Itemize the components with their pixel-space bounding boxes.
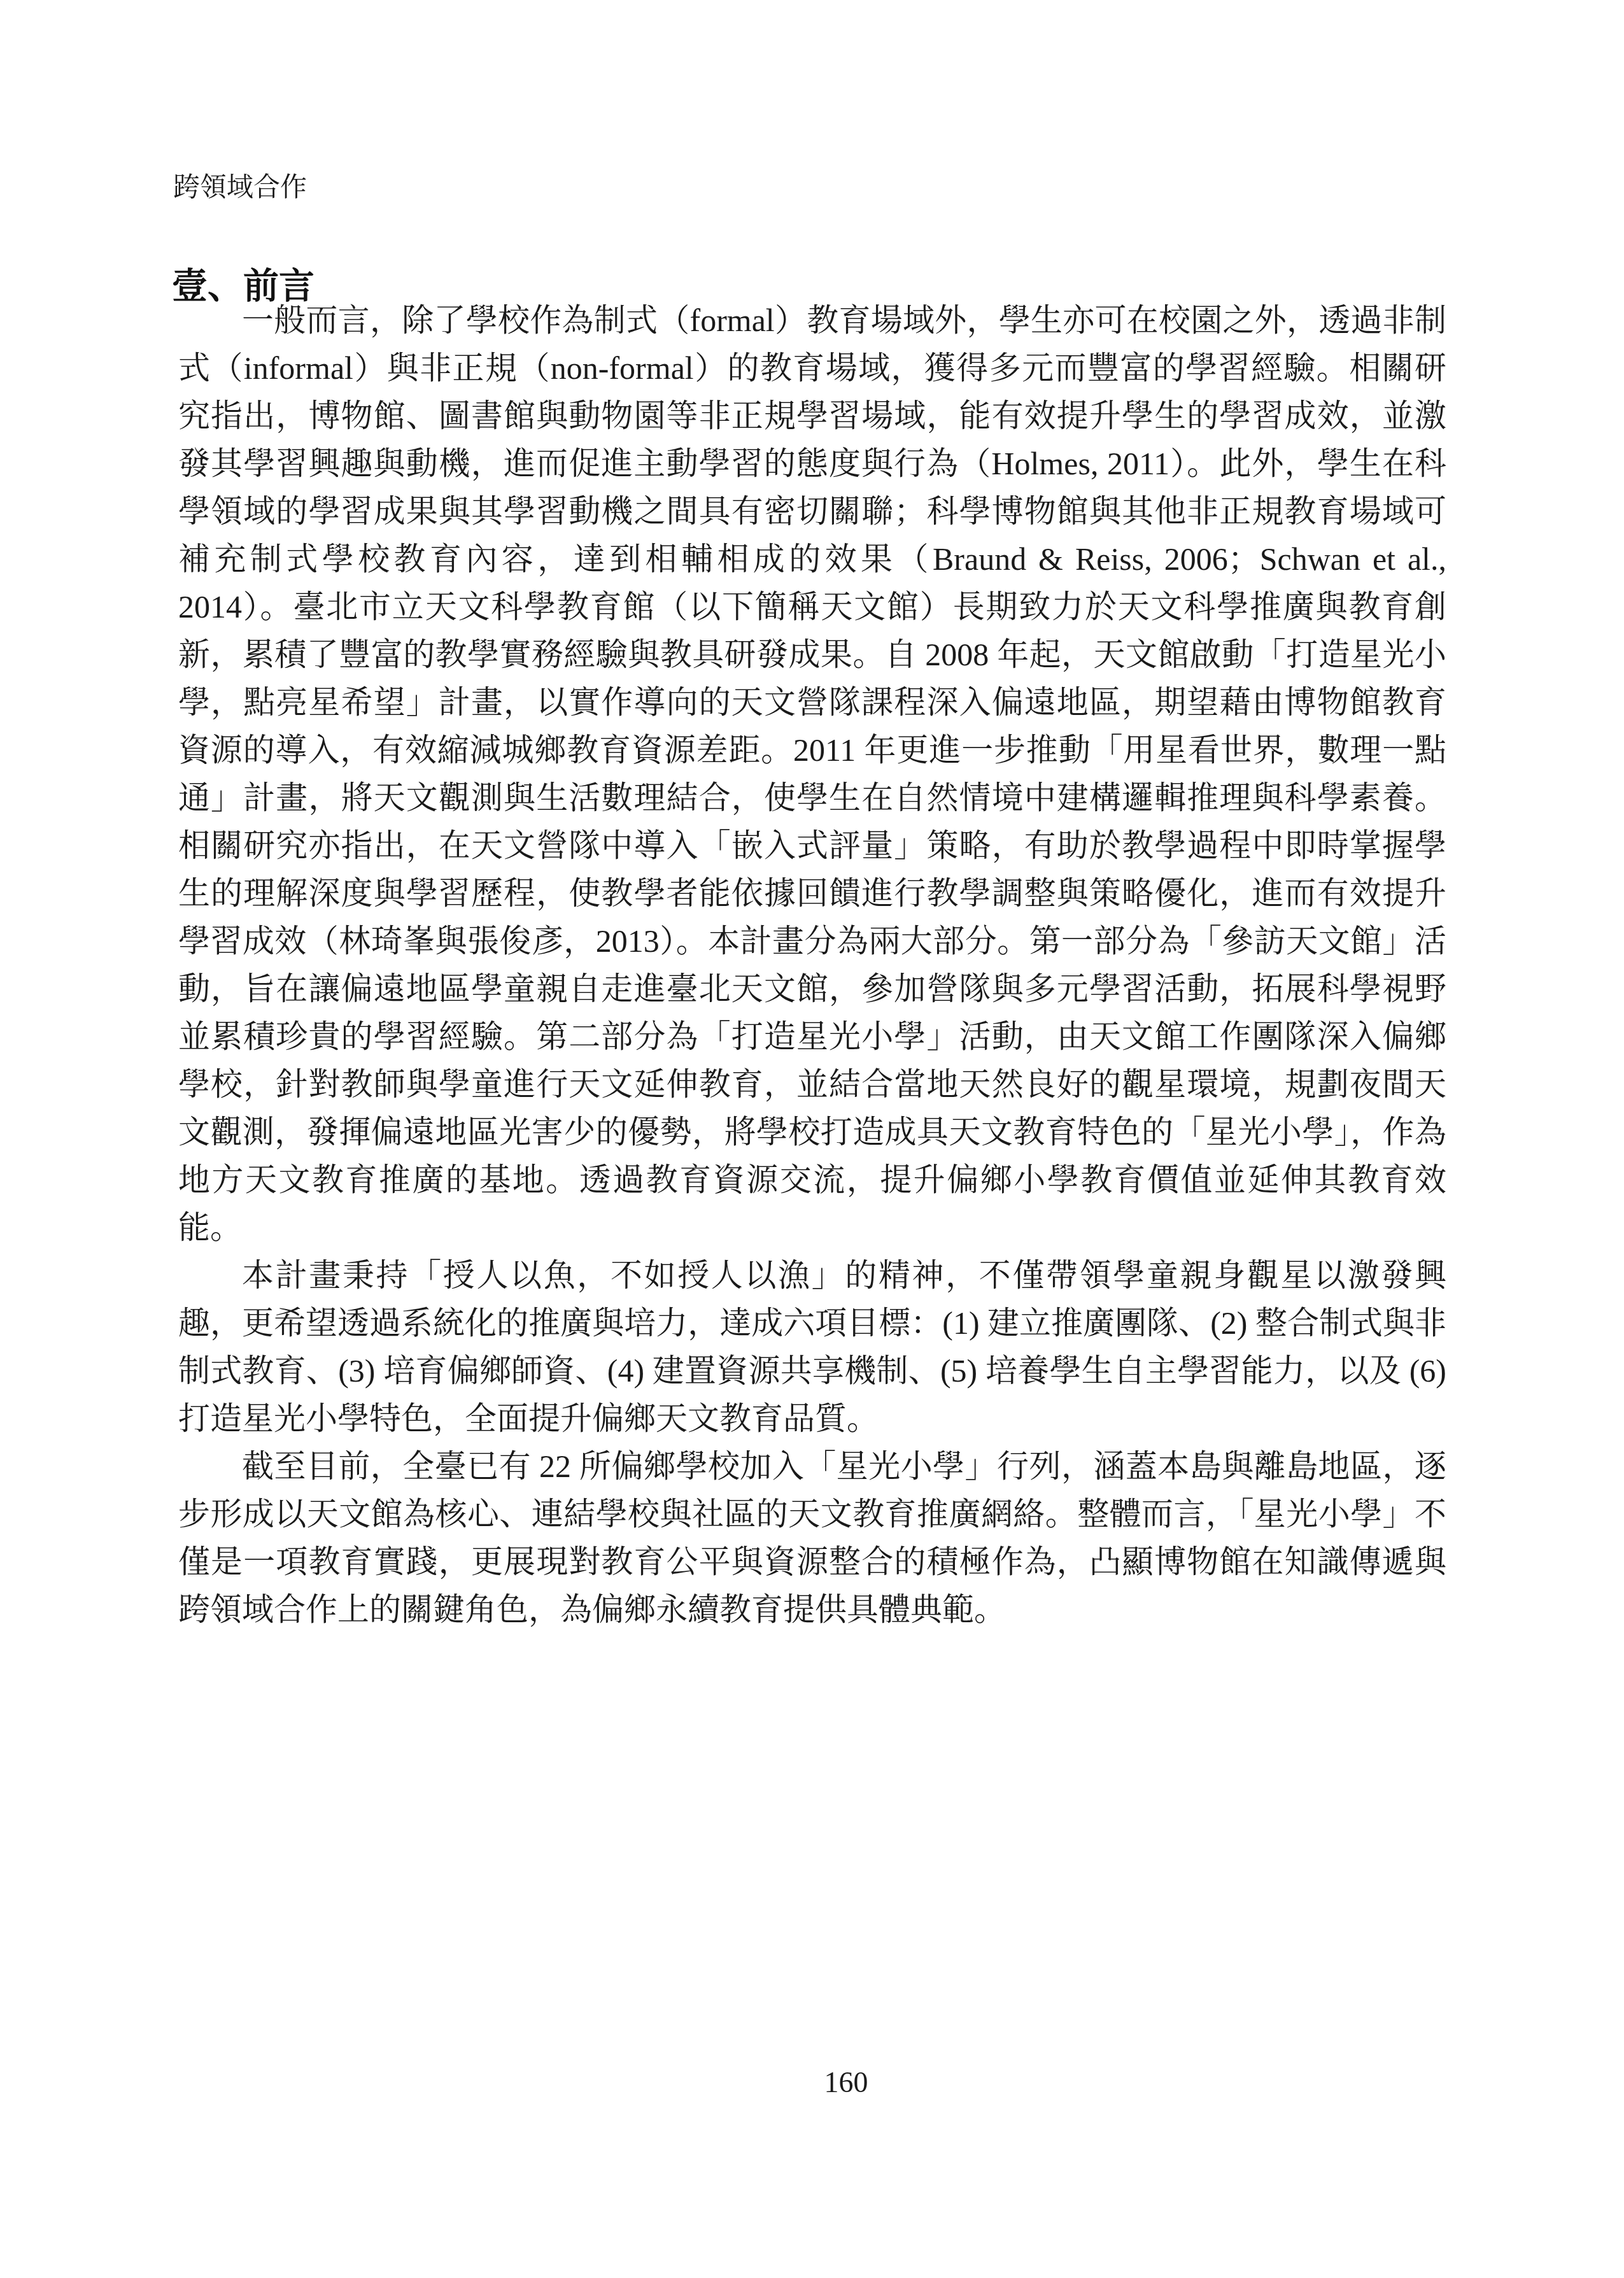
running-header: 跨領域合作 xyxy=(173,172,307,204)
page-number: 160 xyxy=(782,2067,910,2099)
paragraph: 一般而言，除了學校作為制式（formal）教育場域外，學生亦可在校園之外，透過非… xyxy=(178,297,1446,1252)
body-text: 一般而言，除了學校作為制式（formal）教育場域外，學生亦可在校園之外，透過非… xyxy=(178,297,1446,1634)
document-page: 跨領域合作 壹、前言 一般而言，除了學校作為制式（formal）教育場域外，學生… xyxy=(0,0,1624,2278)
paragraph: 本計畫秉持「授人以魚，不如授人以漁」的精神，不僅帶領學童親身觀星以激發興趣，更希… xyxy=(178,1252,1446,1443)
paragraph: 截至目前，全臺已有 22 所偏鄉學校加入「星光小學」行列，涵蓋本島與離島地區，逐… xyxy=(178,1443,1446,1634)
